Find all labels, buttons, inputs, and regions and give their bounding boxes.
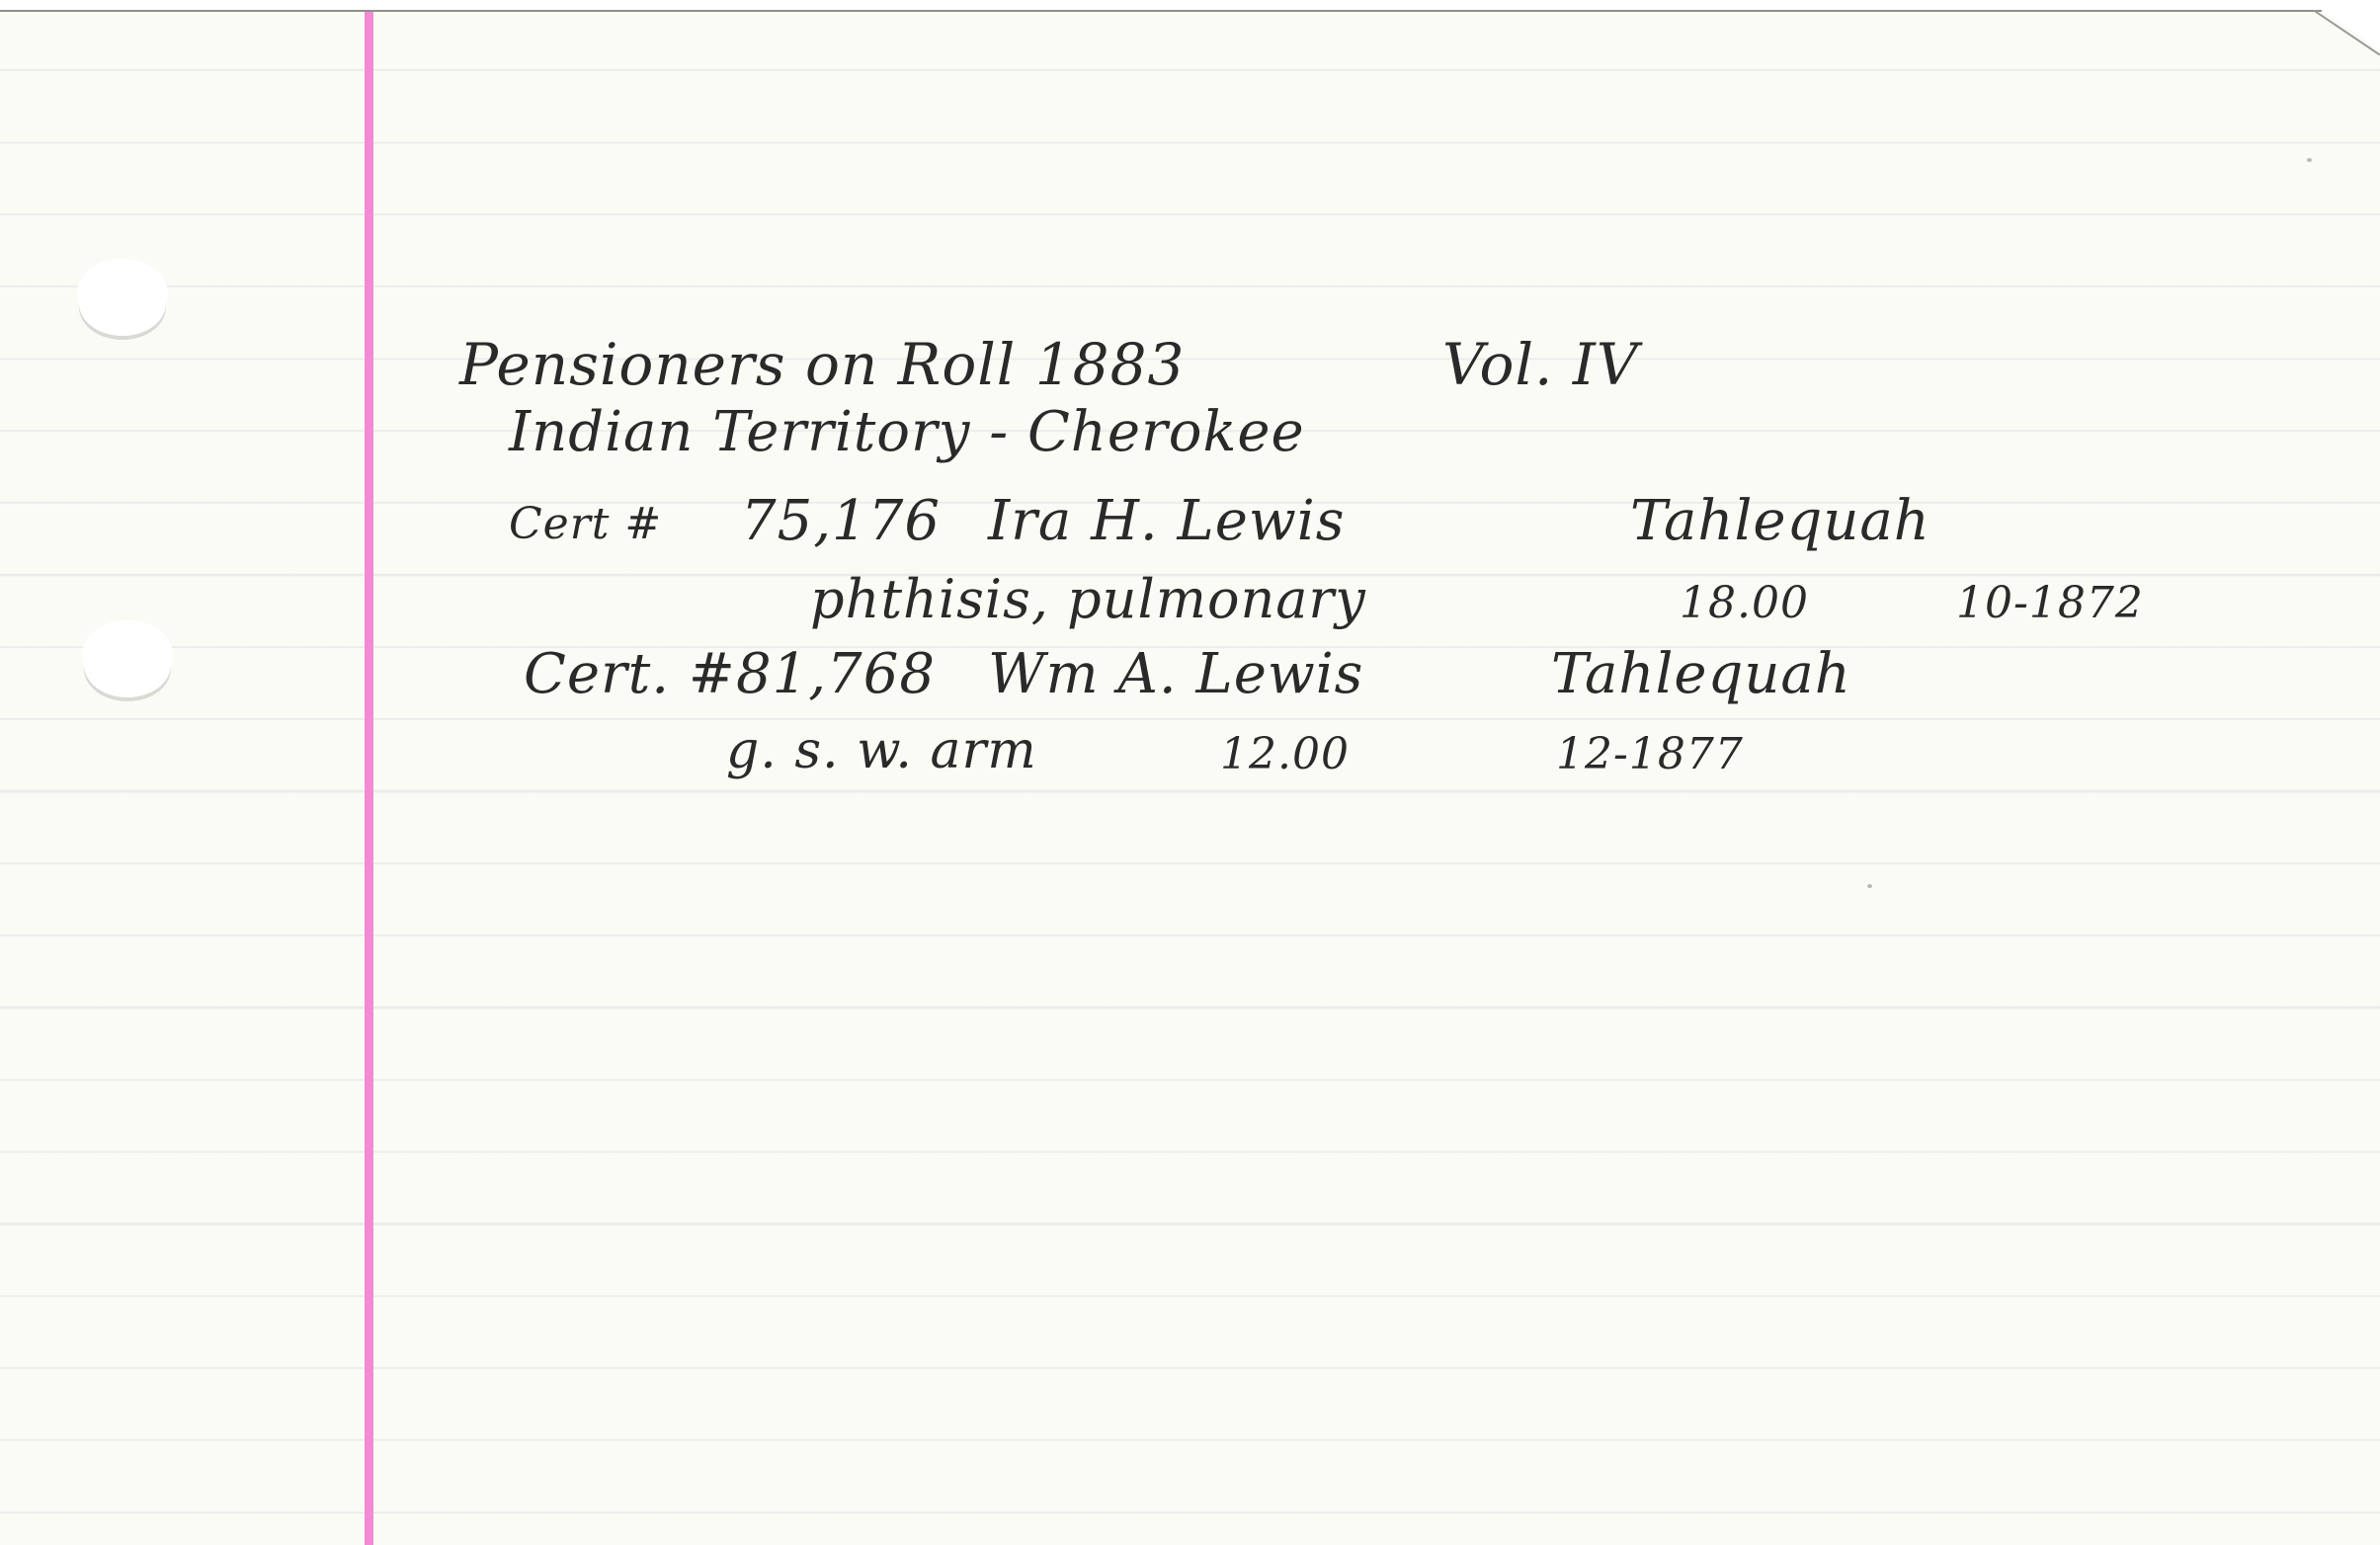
entry-2-name: Wm A. Lewis xyxy=(988,642,1363,706)
entry-2-post-office: Tahlequah xyxy=(1551,642,1851,706)
entry-2-cert-number: 81,768 xyxy=(736,642,936,706)
entry-1-amount: 18.00 xyxy=(1680,578,1809,628)
heading-subtitle: Indian Territory - Cherokee xyxy=(509,400,1305,464)
entry-2-amount: 12.00 xyxy=(1220,729,1350,779)
entry-1-cert-number: 75,176 xyxy=(741,489,941,553)
ruled-paper-sheet xyxy=(0,11,2380,1545)
paper-speck xyxy=(1867,884,1872,888)
heading-volume: Vol. IV xyxy=(1442,331,1639,398)
entry-1-name: Ira H. Lewis xyxy=(988,489,1345,553)
heading-title: Pensioners on Roll 1883 xyxy=(459,331,1185,398)
entry-2-cause: g. s. w. arm xyxy=(726,721,1037,780)
entry-1-date: 10-1872 xyxy=(1956,578,2144,628)
paper-speck xyxy=(2307,158,2312,162)
punch-hole-icon xyxy=(77,259,168,328)
paper-top-edge xyxy=(0,10,2322,12)
entry-1-cert-label: Cert # xyxy=(509,499,662,549)
entry-2-date: 12-1877 xyxy=(1556,729,1744,779)
punch-hole-icon xyxy=(82,620,173,690)
entry-2-cert-label: Cert. # xyxy=(524,642,736,706)
entry-1-post-office: Tahlequah xyxy=(1630,489,1930,553)
entry-1-cause: phthisis, pulmonary xyxy=(810,568,1366,630)
margin-line xyxy=(365,12,373,1545)
